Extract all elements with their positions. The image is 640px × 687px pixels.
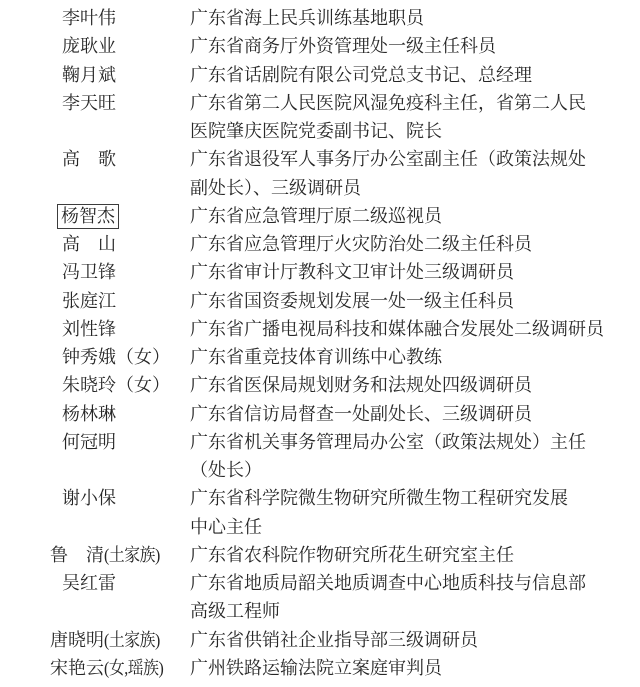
person-name-text: 高 山 [62, 234, 116, 254]
roster-row: 鞠月斌 广东省话剧院有限公司党总支书记、总经理 [62, 61, 640, 89]
person-position: 广东省话剧院有限公司党总支书记、总经理 [190, 61, 640, 89]
person-name-text: 杨林琳 [62, 404, 116, 424]
person-name: 宋艳云(女,瑶族) [50, 654, 190, 682]
person-name: 朱晓玲（女） [62, 371, 190, 399]
person-name: 李叶伟 [62, 4, 190, 32]
roster-row: 杨智杰 广东省应急管理厅原二级巡视员 [62, 202, 640, 230]
person-position: 广东省应急管理厅原二级巡视员 [190, 202, 640, 230]
person-name-text-boxed: 杨智杰 [57, 204, 119, 229]
person-name: 钟秀娥（女） [62, 343, 190, 371]
roster-row: 宋艳云(女,瑶族) 广州铁路运输法院立案庭审判员 [62, 654, 640, 682]
roster-row: 庞耿业 广东省商务厅外资管理处一级主任科员 [62, 32, 640, 60]
roster-row: 朱晓玲（女） 广东省医保局规划财务和法规处四级调研员 [62, 371, 640, 399]
person-position: 广东省广播电视局科技和媒体融合发展处二级调研员 [190, 315, 640, 343]
roster-list: 李叶伟 广东省海上民兵训练基地职员 庞耿业 广东省商务厅外资管理处一级主任科员 … [62, 4, 640, 682]
person-position: 广东省退役军人事务厅办公室副主任（政策法规处 副处长）、三级调研员 [190, 145, 640, 202]
person-position: 广东省商务厅外资管理处一级主任科员 [190, 32, 640, 60]
person-name: 刘性锋 [62, 315, 190, 343]
person-position: 广东省医保局规划财务和法规处四级调研员 [190, 371, 640, 399]
person-name-text: 高 歌 [62, 149, 116, 169]
person-name: 鲁 清(土家族) [50, 541, 190, 569]
person-name: 高 山 [62, 230, 190, 258]
roster-row: 杨林琳 广东省信访局督查一处副处长、三级调研员 [62, 400, 640, 428]
person-name: 杨智杰 [62, 202, 190, 230]
roster-row: 吴红雷 广东省地质局韶关地质调查中心地质科技与信息部 高级工程师 [62, 569, 640, 626]
person-name: 唐晓明(土家族) [50, 626, 190, 654]
person-name: 何冠明 [62, 428, 190, 456]
person-name-annotation: （女） [116, 347, 170, 367]
roster-row: 何冠明 广东省机关事务管理局办公室（政策法规处）主任 （处长） [62, 428, 640, 485]
person-position: 广州铁路运输法院立案庭审判员 [190, 654, 640, 682]
honor-roster-page: 李叶伟 广东省海上民兵训练基地职员 庞耿业 广东省商务厅外资管理处一级主任科员 … [0, 0, 640, 687]
roster-row: 钟秀娥（女） 广东省重竞技体育训练中心教练 [62, 343, 640, 371]
person-name: 高 歌 [62, 145, 190, 173]
person-position: 广东省海上民兵训练基地职员 [190, 4, 640, 32]
person-name-annotation: (女,瑶族) [104, 654, 163, 682]
roster-row: 冯卫锋 广东省审计厅教科文卫审计处三级调研员 [62, 258, 640, 286]
person-position: 广东省应急管理厅火灾防治处二级主任科员 [190, 230, 640, 258]
person-name-text: 吴红雷 [62, 573, 116, 593]
person-name-text: 李叶伟 [62, 8, 116, 28]
roster-row: 刘性锋 广东省广播电视局科技和媒体融合发展处二级调研员 [62, 315, 640, 343]
person-name-text: 朱晓玲 [62, 375, 116, 395]
roster-row: 高 歌 广东省退役军人事务厅办公室副主任（政策法规处 副处长）、三级调研员 [62, 145, 640, 202]
person-name-text: 鞠月斌 [62, 65, 116, 85]
person-name: 谢小保 [62, 484, 190, 512]
person-position: 广东省机关事务管理局办公室（政策法规处）主任 （处长） [190, 428, 640, 485]
person-name: 杨林琳 [62, 400, 190, 428]
person-name-text: 钟秀娥 [62, 347, 116, 367]
person-name-annotation: (土家族) [104, 626, 160, 654]
person-position: 广东省供销社企业指导部三级调研员 [190, 626, 640, 654]
person-name-text: 张庭江 [62, 291, 116, 311]
person-name-text: 何冠明 [62, 432, 116, 452]
person-name: 张庭江 [62, 287, 190, 315]
person-name: 冯卫锋 [62, 258, 190, 286]
person-name: 庞耿业 [62, 32, 190, 60]
roster-row: 谢小保 广东省科学院微生物研究所微生物工程研究发展 中心主任 [62, 484, 640, 541]
person-name-text: 宋艳云 [50, 658, 104, 678]
person-position: 广东省重竞技体育训练中心教练 [190, 343, 640, 371]
roster-row: 唐晓明(土家族) 广东省供销社企业指导部三级调研员 [62, 626, 640, 654]
person-name: 吴红雷 [62, 569, 190, 597]
person-name-annotation: （女） [116, 375, 170, 395]
roster-row: 张庭江 广东省国资委规划发展一处一级主任科员 [62, 287, 640, 315]
roster-row: 李天旺 广东省第二人民医院风湿免疫科主任，省第二人民 医院肇庆医院党委副书记、院… [62, 89, 640, 146]
person-name-text: 鲁 清 [50, 545, 104, 565]
person-name-text: 庞耿业 [62, 36, 116, 56]
person-position: 广东省国资委规划发展一处一级主任科员 [190, 287, 640, 315]
person-position: 广东省第二人民医院风湿免疫科主任，省第二人民 医院肇庆医院党委副书记、院长 [190, 89, 640, 146]
person-name-text: 冯卫锋 [62, 262, 116, 282]
person-name: 鞠月斌 [62, 61, 190, 89]
person-position: 广东省审计厅教科文卫审计处三级调研员 [190, 258, 640, 286]
person-name-text: 谢小保 [62, 488, 116, 508]
person-position: 广东省地质局韶关地质调查中心地质科技与信息部 高级工程师 [190, 569, 640, 626]
roster-row: 李叶伟 广东省海上民兵训练基地职员 [62, 4, 640, 32]
person-name-text: 唐晓明 [50, 630, 104, 650]
person-name-text: 李天旺 [62, 93, 116, 113]
person-name-text: 刘性锋 [62, 319, 116, 339]
person-name-annotation: (土家族) [104, 541, 160, 569]
person-name: 李天旺 [62, 89, 190, 117]
roster-row: 鲁 清(土家族) 广东省农科院作物研究所花生研究室主任 [62, 541, 640, 569]
person-position: 广东省信访局督查一处副处长、三级调研员 [190, 400, 640, 428]
person-position: 广东省科学院微生物研究所微生物工程研究发展 中心主任 [190, 484, 640, 541]
person-position: 广东省农科院作物研究所花生研究室主任 [190, 541, 640, 569]
roster-row: 高 山 广东省应急管理厅火灾防治处二级主任科员 [62, 230, 640, 258]
